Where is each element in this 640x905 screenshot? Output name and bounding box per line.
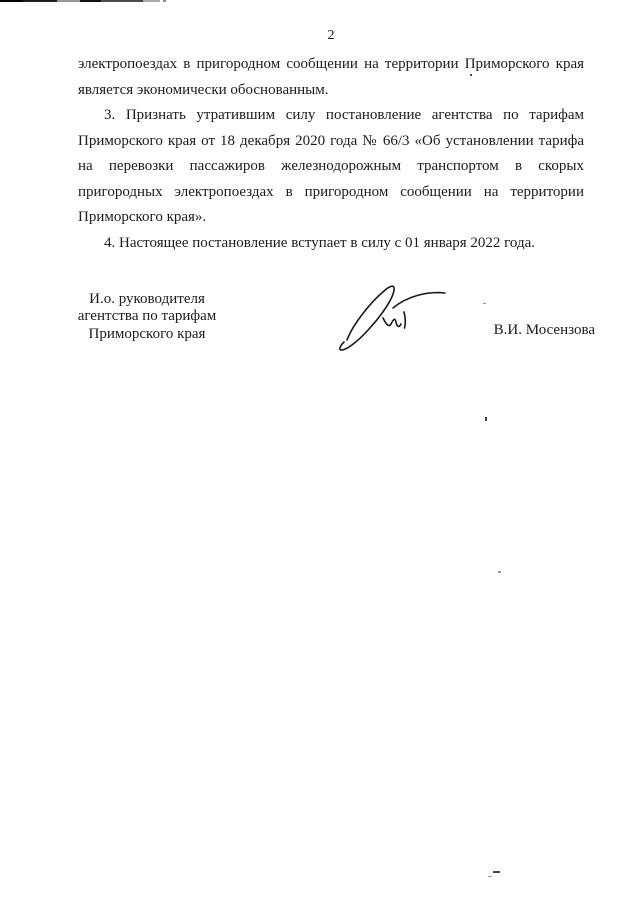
- scan-speck-artifact: [483, 303, 486, 304]
- document-page: 2 электропоездах в пригородном сообщении…: [0, 0, 640, 905]
- handwritten-signature-icon: [331, 272, 455, 356]
- scan-speck-artifact: [493, 871, 500, 873]
- signatory-title-line: агентства по тарифам: [76, 308, 218, 325]
- scan-artifact-segment: [80, 0, 101, 2]
- scan-artifact-segment: [163, 0, 166, 2]
- signatory-title-line: И.о. руководителя: [76, 291, 218, 308]
- scan-artifact-segment: [57, 0, 80, 2]
- scan-speck-artifact: [470, 74, 472, 76]
- paragraph-item-4: 4. Настоящее постановление вступает в си…: [78, 231, 584, 257]
- scan-speck-artifact: [498, 571, 501, 573]
- page-number: 2: [78, 29, 584, 43]
- paragraph-continuation: электропоездах в пригородном сообщении н…: [78, 52, 584, 103]
- scan-speck-artifact: [488, 876, 492, 877]
- scan-speck-artifact: [485, 417, 487, 421]
- paragraph-item-3: 3. Признать утратившим силу постановлени…: [78, 103, 584, 231]
- signatory-title: И.о. руководителя агентства по тарифам П…: [76, 291, 218, 343]
- signatory-title-line: Приморского края: [76, 326, 218, 343]
- scan-artifact-segment: [0, 0, 23, 2]
- scan-artifact-segment: [23, 0, 57, 2]
- scan-artifact-segment: [143, 0, 160, 2]
- scan-artifact-segment: [101, 0, 143, 2]
- document-body-text: электропоездах в пригородном сообщении н…: [78, 52, 584, 256]
- signatory-name: В.И. Мосензова: [420, 322, 595, 339]
